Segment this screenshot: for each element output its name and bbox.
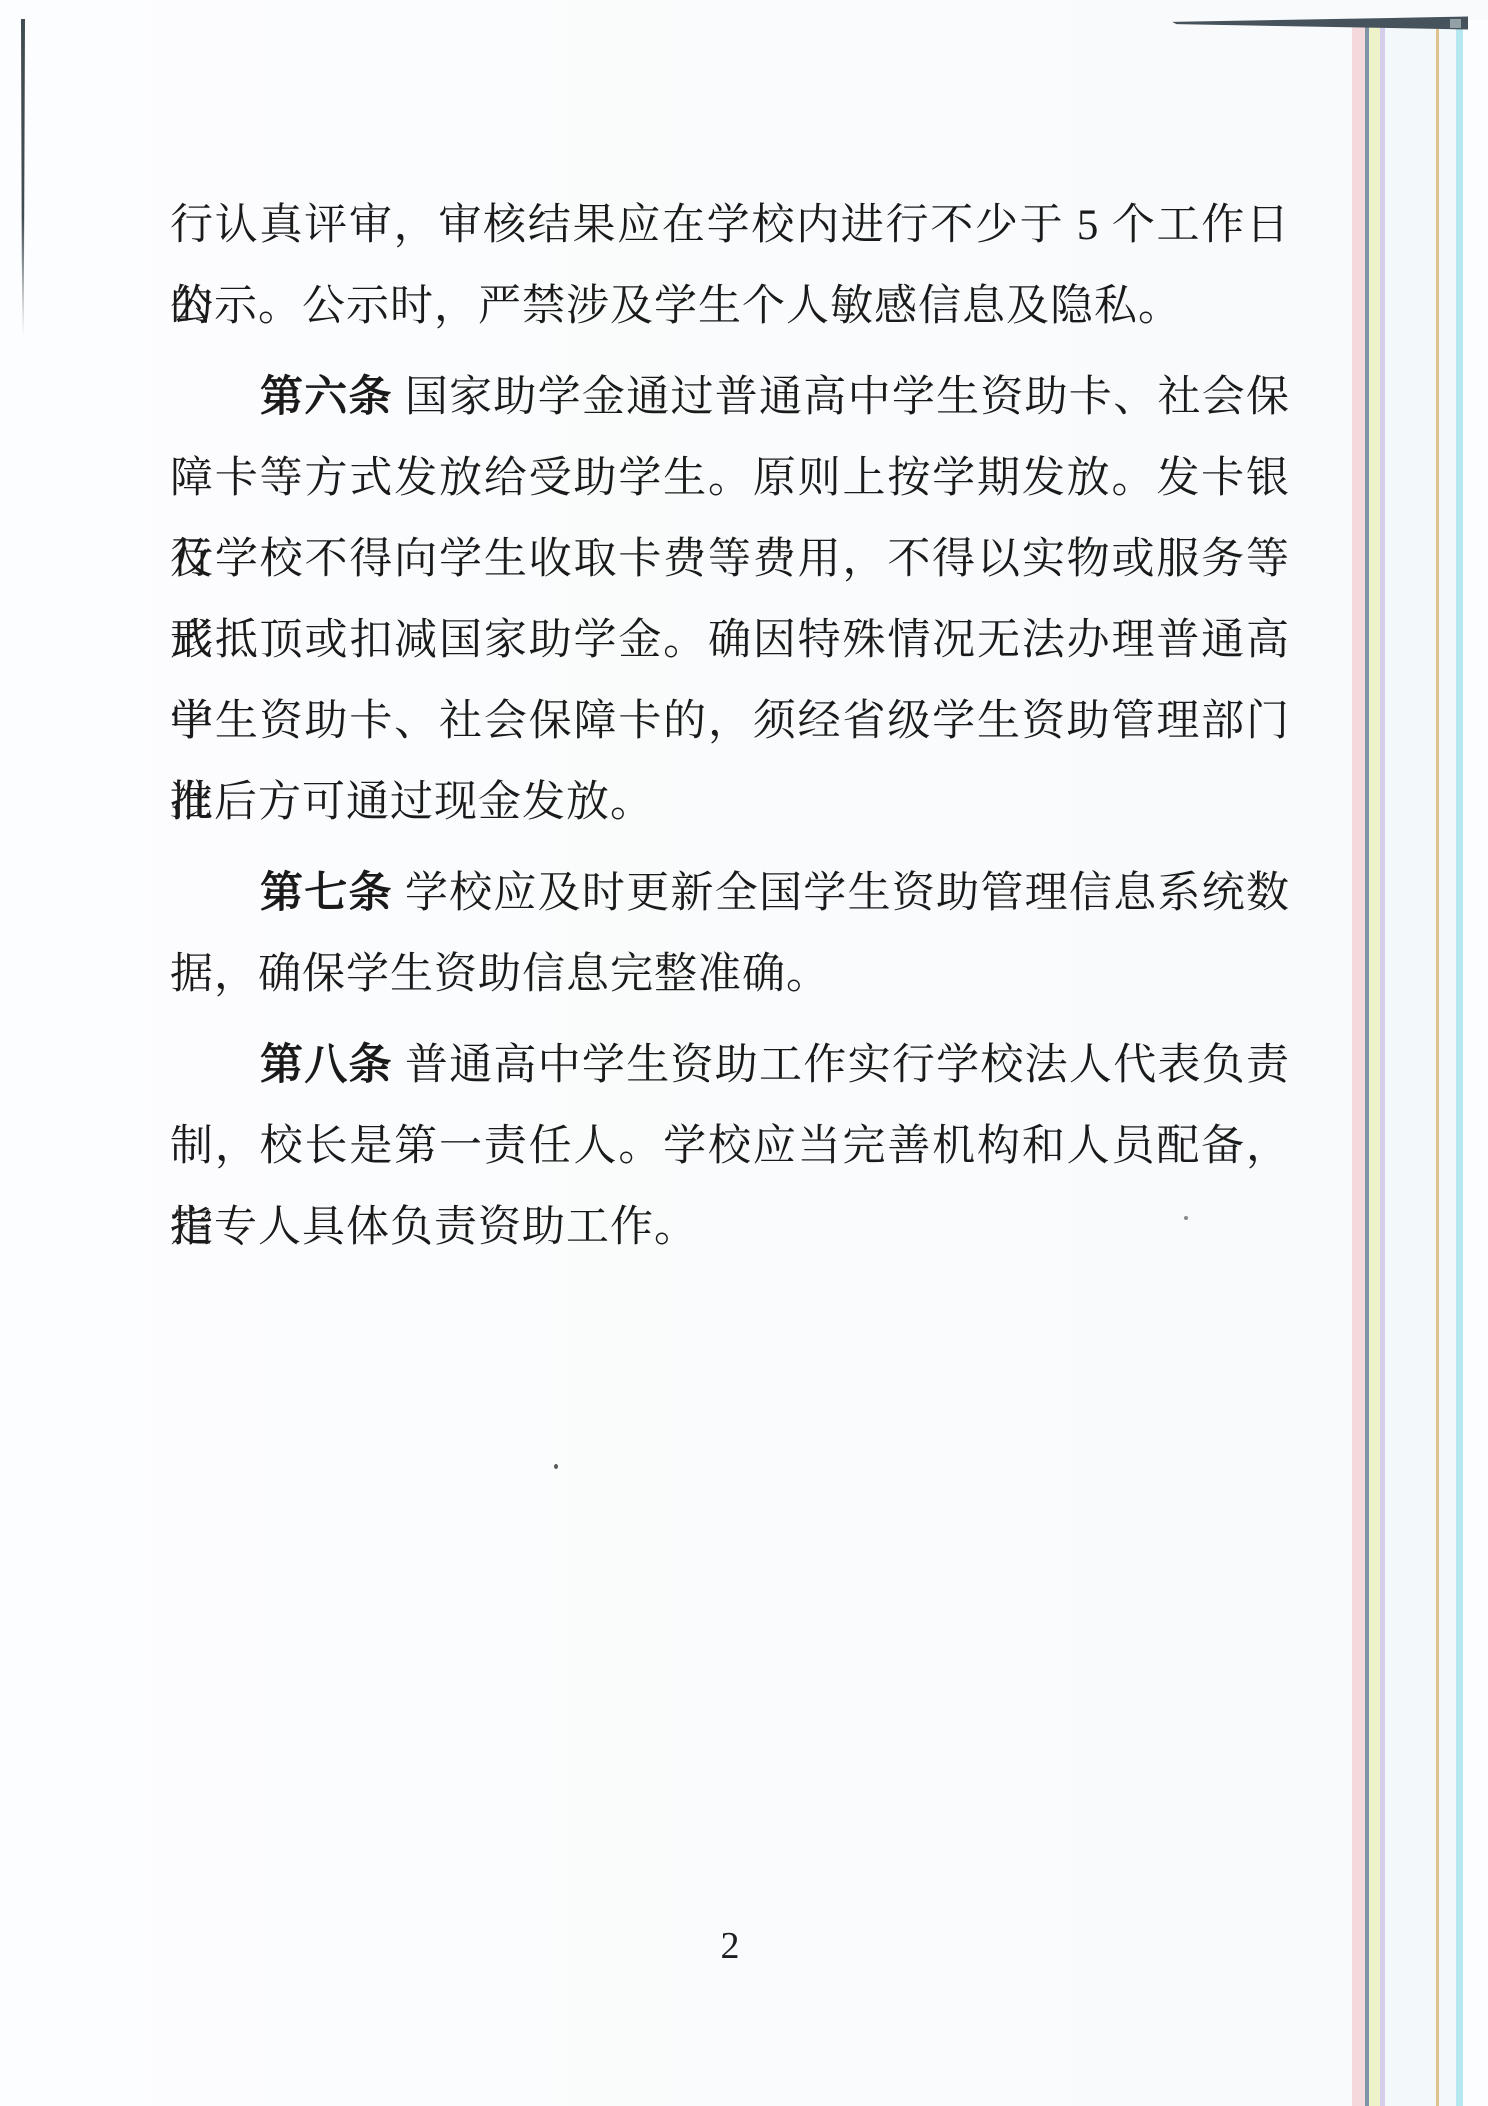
text-line: 公示。公示时，严禁涉及学生个人敏感信息及隐私。 [170,266,1290,347]
stripe-pale-blue [1385,20,1436,2106]
stripe-yellow-green [1369,20,1380,2106]
text-run: 准后方可通过现金发放。 [170,779,654,826]
text-line: 及学校不得向学生收取卡费等费用，不得以实物或服务等形 [170,519,1290,600]
page-number: 2 [170,1922,1290,1970]
text-line: 第七条 学校应及时更新全国学生资助管理信息系统数 [170,853,1290,934]
paragraph: 第六条 国家助学金通过普通高中学生资助卡、社会保障卡等方式发放给受助学生。原则上… [170,357,1290,843]
text-line: 第八条 普通高中学生资助工作实行学校法人代表负责 [170,1025,1290,1106]
text-run: 定专人具体负责资助工作。 [170,1204,698,1251]
text-line: 障卡等方式发放给受助学生。原则上按学期发放。发卡银行 [170,438,1290,519]
scan-speck [1184,1216,1188,1220]
text-run: 公示。公示时，严禁涉及学生个人敏感信息及隐私。 [170,283,1182,330]
paragraph: 第八条 普通高中学生资助工作实行学校法人代表负责制，校长是第一责任人。学校应当完… [170,1025,1290,1268]
text-run: 据，确保学生资助信息完整准确。 [170,951,830,998]
article-label: 第六条 [260,374,393,421]
text-line: 定专人具体负责资助工作。 [170,1187,1290,1268]
stripe-pink [1352,20,1365,2106]
document-text-block: 行认真评审，审核结果应在学校内进行不少于 5 个工作日的公示。公示时，严禁涉及学… [170,185,1290,1268]
stripe-pale-blue-2 [1439,20,1456,2106]
article-label: 第八条 [260,1042,393,1089]
text-line: 准后方可通过现金发放。 [170,762,1290,843]
stripe-white-edge [1463,20,1488,2106]
paragraph: 第七条 学校应及时更新全国学生资助管理信息系统数据，确保学生资助信息完整准确。 [170,853,1290,1015]
text-run: 普通高中学生资助工作实行学校法人代表负责 [393,1042,1290,1089]
text-line: 第六条 国家助学金通过普通高中学生资助卡、社会保 [170,357,1290,438]
text-line: 行认真评审，审核结果应在学校内进行不少于 5 个工作日的 [170,185,1290,266]
article-label: 第七条 [260,870,393,917]
text-line: 据，确保学生资助信息完整准确。 [170,934,1290,1015]
scan-edge-shadow-notch [1450,19,1461,28]
text-run: 学校应及时更新全国学生资助管理信息系统数 [393,870,1290,917]
stripe-cyan [1456,20,1463,2106]
text-run: 国家助学金通过普通高中学生资助卡、社会保 [393,374,1290,421]
text-line: 式抵顶或扣减国家助学金。确因特殊情况无法办理普通高中 [170,600,1290,681]
scan-speck [554,1464,558,1469]
paragraph: 行认真评审，审核结果应在学校内进行不少于 5 个工作日的公示。公示时，严禁涉及学… [170,185,1290,347]
text-line: 学生资助卡、社会保障卡的，须经省级学生资助管理部门批 [170,681,1290,762]
text-line: 制，校长是第一责任人。学校应当完善机构和人员配备，指 [170,1106,1290,1187]
